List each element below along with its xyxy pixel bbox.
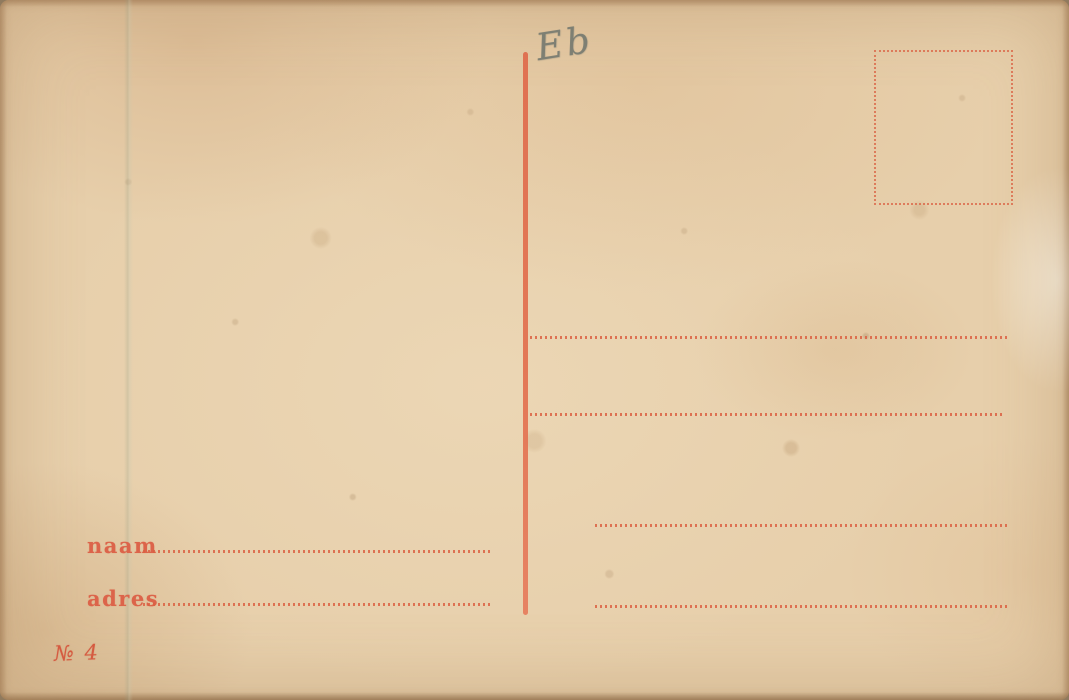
address-line-4 xyxy=(595,605,1008,608)
divider-line xyxy=(523,52,528,615)
naam-label: naam xyxy=(87,533,158,558)
address-line-1 xyxy=(530,336,1008,339)
adres-write-line xyxy=(143,603,491,606)
adres-label: adres xyxy=(87,586,159,611)
postcard-photo: Eb naam adres № 4 xyxy=(0,0,1069,700)
address-line-2 xyxy=(530,413,1002,416)
handwritten-note: Eb xyxy=(533,18,596,69)
stamp-box xyxy=(874,50,1013,205)
card-number: № 4 xyxy=(54,640,101,666)
address-line-3 xyxy=(595,524,1007,527)
naam-write-line xyxy=(143,550,491,553)
postcard-back: Eb naam adres № 4 xyxy=(0,0,1069,700)
